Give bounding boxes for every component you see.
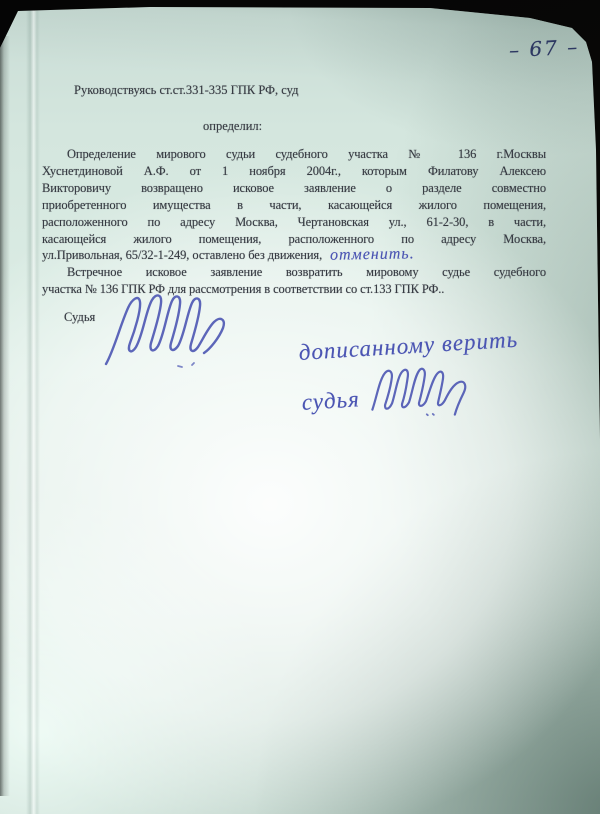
certification-signature xyxy=(364,357,487,422)
page-left-edge-shadow xyxy=(0,36,10,796)
text-line: Определение мирового судьи судебного уча… xyxy=(42,146,546,163)
handwritten-amendment: отменить. xyxy=(330,247,415,265)
text-line: Викторовичу возвращено исковое заявление… xyxy=(42,180,546,197)
text-line: приобретенного имущества в части, касающ… xyxy=(42,197,546,214)
text-line: расположенного по адресу Москва, Чертано… xyxy=(42,214,546,231)
text-line: Встречное исковое заявление возвратить м… xyxy=(42,264,546,281)
photo-frame: – 67 – Руководствуясь ст.ст.331-335 ГПК … xyxy=(0,0,600,814)
judge-signature xyxy=(98,286,258,371)
certification-judge-label: судья xyxy=(301,386,360,414)
judge-label: Судья xyxy=(64,310,95,325)
page-number-handwritten: – 67 – xyxy=(508,34,593,62)
text-line-typed: ул.Привольная, 65/32-1-249, оставлено бе… xyxy=(42,248,322,262)
document-page: – 67 – Руководствуясь ст.ст.331-335 ГПК … xyxy=(0,0,600,814)
certification-note: дописанному верить судья xyxy=(298,322,593,426)
paper-crease xyxy=(26,0,40,814)
ruling-body: Определение мирового судьи судебного уча… xyxy=(42,146,546,298)
text-line: ул.Привольная, 65/32-1-249, оставлено бе… xyxy=(42,247,546,264)
text-line: касающейся жилого помещения, расположенн… xyxy=(42,231,546,248)
text-line: Хуснетдиновой А.Ф. от 1 ноября 2004г., к… xyxy=(42,163,546,180)
intro-paragraph: Руководствуясь ст.ст.331-335 ГПК РФ, суд xyxy=(42,83,546,98)
ruling-heading: определил: xyxy=(203,119,262,134)
